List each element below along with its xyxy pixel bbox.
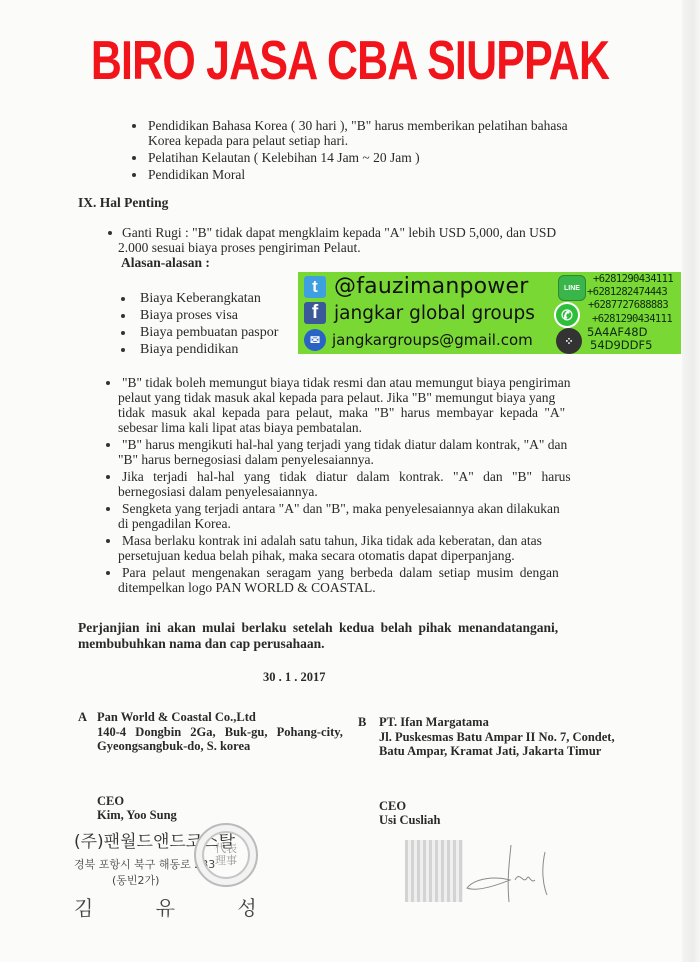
party-a-address: Gyeongsangbuk-do, S. korea xyxy=(97,739,343,754)
facebook-row: f jangkar global groups xyxy=(304,302,535,324)
list-item: Biaya pendidikan xyxy=(140,341,278,358)
facebook-name[interactable]: jangkar global groups xyxy=(334,303,535,324)
whatsapp-number[interactable]: +6281290434111 xyxy=(587,313,681,326)
reasons-list: Biaya Keberangkatan Biaya proses visa Bi… xyxy=(140,290,278,358)
seal-icon: 代表理事 xyxy=(194,823,258,887)
party-a-name: Kim, Yoo Sung xyxy=(97,808,343,823)
bullet-icon xyxy=(121,348,125,352)
agreement-date: 30 . 1 . 2017 xyxy=(263,670,326,685)
bullet-icon xyxy=(106,571,110,575)
blackberry-pin[interactable]: 54D9DDF5 xyxy=(587,339,681,352)
social-contact-banner: t @fauzimanpower f jangkar global groups… xyxy=(298,272,681,354)
party-a-block: A Pan World & Coastal Co.,Ltd 140-4 Dong… xyxy=(78,710,343,823)
party-b-address: Jl. Puskesmas Batu Ampar II No. 7, Conde… xyxy=(379,730,615,745)
email-row: ✉ jangkargroups@gmail.com xyxy=(304,329,533,351)
korean-ceo-name: 김 유 성 xyxy=(74,892,285,921)
blackberry-icon: ⁘ xyxy=(556,328,582,354)
section-heading: IX. Hal Penting xyxy=(78,195,168,210)
bullet-icon xyxy=(121,331,125,335)
clause-item: "B" tidak boleh memungut biaya tidak res… xyxy=(118,375,586,435)
whatsapp-number[interactable]: +6287727688883 xyxy=(587,299,681,312)
list-item: Biaya Keberangkatan xyxy=(140,290,278,307)
clause-item: "B" harus mengikuti hal-hal yang terjadi… xyxy=(118,437,586,467)
bullet-icon xyxy=(121,314,125,318)
list-item: Biaya proses visa xyxy=(140,307,278,324)
signature-icon xyxy=(465,840,555,910)
company-stamp-icon xyxy=(405,840,463,902)
bullet-icon xyxy=(106,539,110,543)
bullet-icon xyxy=(121,297,125,301)
training-list: Pendidikan Bahasa Korea ( 30 hari ), "B"… xyxy=(148,118,618,182)
email-address[interactable]: jangkargroups@gmail.com xyxy=(332,331,533,349)
party-b-address: Batu Ampar, Kramat Jati, Jakarta Timur xyxy=(379,744,615,759)
party-a-letter: A xyxy=(78,710,87,725)
twitter-row: t @fauzimanpower xyxy=(304,274,528,299)
twitter-icon: t xyxy=(304,276,326,298)
bullet-icon xyxy=(132,173,136,177)
whatsapp-icon: ✆ xyxy=(554,302,580,328)
list-item: Pendidikan Moral xyxy=(148,167,618,182)
bullet-icon xyxy=(106,507,110,511)
party-b-company: PT. Ifan Margatama xyxy=(379,715,615,730)
list-item: Biaya pembuatan paspor xyxy=(140,324,278,341)
bullet-icon xyxy=(132,156,136,160)
party-b-name: Usi Cusliah xyxy=(379,813,615,828)
bullet-icon xyxy=(108,231,112,235)
clause-item: Jika terjadi hal-hal yang tidak diatur d… xyxy=(118,469,586,499)
twitter-handle[interactable]: @fauzimanpower xyxy=(334,274,528,299)
party-b-letter: B xyxy=(358,715,366,730)
bullet-icon xyxy=(106,381,110,385)
clause-item: Para pelaut mengenakan seragam yang berb… xyxy=(118,565,586,595)
list-item: Pelatihan Kelautan ( Kelebihan 14 Jam ~ … xyxy=(148,150,618,165)
clause-item: Sengketa yang terjadi antara "A" dan "B"… xyxy=(118,501,586,531)
party-a-role: CEO xyxy=(97,794,343,809)
party-b-role: CEO xyxy=(379,799,615,814)
contact-numbers: +6281290434111 +6281282474443 +628772768… xyxy=(587,273,681,352)
party-b-block: B PT. Ifan Margatama Jl. Puskesmas Batu … xyxy=(358,715,615,828)
party-a-company: Pan World & Coastal Co.,Ltd xyxy=(97,710,343,725)
facebook-icon: f xyxy=(304,302,326,324)
bullet-icon xyxy=(132,124,136,128)
page-title: BIRO JASA CBA SIUPPAK xyxy=(77,30,623,90)
clause-item: Masa berlaku kontrak ini adalah satu tah… xyxy=(118,533,586,563)
page-edge-shadow xyxy=(682,0,700,962)
compensation-clause: Ganti Rugi : "B" tidak dapat mengklaim k… xyxy=(118,225,598,270)
line-number[interactable]: +6281282474443 xyxy=(587,286,681,299)
party-a-address: 140-4 Dongbin 2Ga, Buk-gu, Pohang-city, xyxy=(97,725,343,740)
bullet-icon xyxy=(106,475,110,479)
korean-address-2: (동빈2가) xyxy=(74,872,285,888)
reasons-label: Alasan-alasan : xyxy=(118,255,598,270)
list-item: Pendidikan Bahasa Korea ( 30 hari ), "B"… xyxy=(148,118,618,148)
agreement-statement: Perjanjian ini akan mulai berlaku setela… xyxy=(78,620,618,652)
clauses-list: "B" tidak boleh memungut biaya tidak res… xyxy=(118,375,586,595)
line-icon: LINE xyxy=(558,275,586,301)
bullet-icon xyxy=(106,443,110,447)
mail-icon: ✉ xyxy=(304,329,326,351)
line-number[interactable]: +6281290434111 xyxy=(587,273,681,286)
